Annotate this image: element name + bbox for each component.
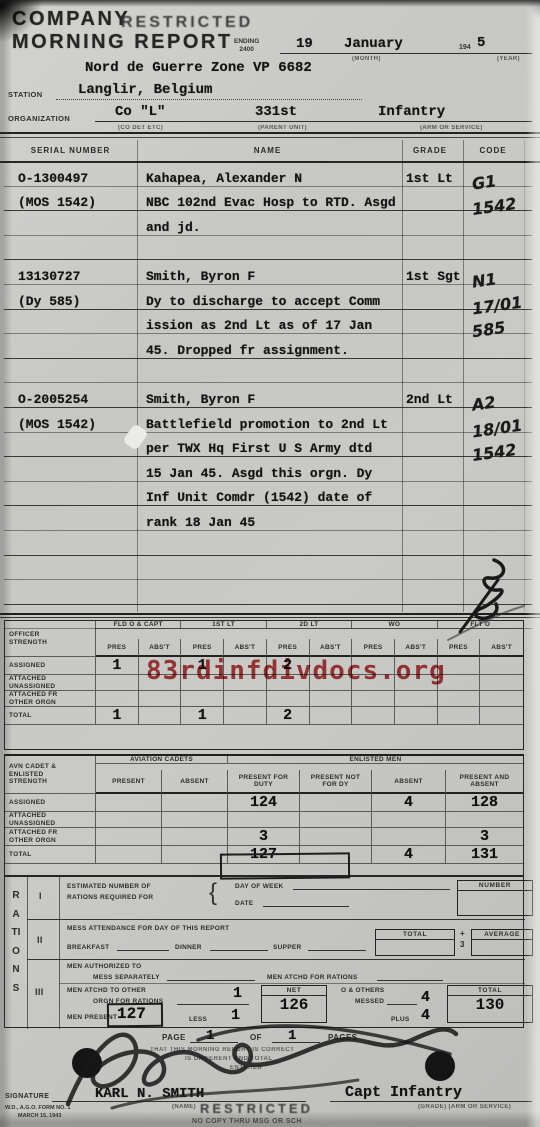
roster-name-cell: NBC 102nd Evac Hosp to RTD. Asgd <box>137 195 406 210</box>
roster-header-code: CODE <box>462 146 524 155</box>
breakfast-label: BREAKFAST <box>67 944 109 951</box>
number-box-label: NUMBER <box>458 881 532 891</box>
officer-value-cell: 1 <box>96 707 139 725</box>
date-underline <box>280 39 532 54</box>
officer-row-label: ASSIGNED <box>5 657 96 675</box>
roster-row <box>4 359 532 384</box>
enlisted-value-cell <box>162 812 228 828</box>
enlisted-col-absent2: ABSENT <box>372 770 446 794</box>
mess-attendance-label: MESS ATTENDANCE FOR DAY OF THIS REPORT <box>67 925 229 932</box>
officer-value-cell <box>139 707 182 725</box>
roster-divider-serial <box>137 140 138 612</box>
rations-numeral-2: II <box>37 935 43 945</box>
zone-line: Nord de Guerre Zone VP 6682 <box>85 60 312 76</box>
average-box-label: AVERAGE <box>472 930 532 940</box>
station-label: STATION <box>8 90 43 99</box>
officer-row-label: TOTAL <box>5 707 96 725</box>
officer-value-cell <box>96 675 139 691</box>
enlisted-value-cell <box>372 812 446 828</box>
enlisted-strength-row: ATTACHED FR OTHER ORGN 3 3 <box>5 828 523 846</box>
enlisted-value-cell: 3 <box>446 828 523 846</box>
officer-value-cell <box>480 675 523 691</box>
officer-value-cell <box>480 657 523 675</box>
enlisted-col-absent: ABSENT <box>162 770 228 794</box>
officer-value-cell <box>224 691 267 707</box>
rations-row-sep1 <box>27 919 525 920</box>
others-line1: O & OTHERS <box>341 987 384 994</box>
officer-sub-pres: PRES <box>352 639 395 657</box>
breakfast-underline <box>117 939 169 951</box>
roster-name-cell: Smith, Byron F <box>137 269 406 284</box>
roster-divider-code <box>463 140 464 612</box>
officer-row-label: ATTACHED FR OTHER ORGN <box>5 691 96 707</box>
no-copy-line: NO COPY THRU MSG OR SCH <box>192 1118 302 1125</box>
ending-label: ENDING <box>234 38 259 46</box>
officer-sub-abst: ABS'T <box>139 639 182 657</box>
atchd-for-rations-underline <box>377 969 443 981</box>
others-underline <box>387 993 417 1005</box>
roster-name-cell: 45. Dropped fr assignment. <box>137 343 406 358</box>
org-sublabel-service: (ARM OR SERVICE) <box>420 125 483 131</box>
enlisted-value-cell: 4 <box>372 846 446 864</box>
signature-scrawl <box>50 1008 470 1118</box>
enlisted-value-cell <box>96 828 162 846</box>
handwritten-code: G1 <box>471 171 498 193</box>
morning-report-document: COMPANY RESTRICTED MORNING REPORT ENDING… <box>0 0 540 1127</box>
roster-row: ission as 2nd Lt as of 17 Jan 585 <box>4 310 532 335</box>
officer-value-cell: 1 <box>96 657 139 675</box>
atchd-for-rations-label: MEN ATCHD FOR RATIONS <box>267 974 358 981</box>
officer-value-cell <box>395 691 438 707</box>
roster-grade-cell: 2nd Lt <box>406 392 470 407</box>
enlisted-value-cell <box>372 828 446 846</box>
mess-total-box: TOTAL <box>375 929 455 956</box>
roster-row: Inf Unit Comdr (1542) date of <box>4 482 532 507</box>
average-box: AVERAGE <box>471 929 533 956</box>
brace-glyph: { <box>209 879 217 907</box>
rations-light-sep <box>59 983 525 984</box>
divide-sign: + <box>460 929 465 938</box>
year-sublabel: (YEAR) <box>497 56 520 62</box>
header-divider-heavy <box>0 132 540 134</box>
officer-sub-abst: ABS'T <box>224 639 267 657</box>
roster-row: (Dy 585) Dy to discharge to accept Comm … <box>4 285 532 310</box>
roster-divider-right <box>524 140 525 612</box>
header-divider-light <box>0 137 540 138</box>
officer-value-cell <box>310 691 353 707</box>
officer-group-wo: WO <box>352 621 437 629</box>
mess-total-box-label: TOTAL <box>376 930 454 940</box>
officer-value-cell: 1 <box>181 707 224 725</box>
enlisted-value-cell <box>96 812 162 828</box>
rations-section: RATIONS I II III ESTIMATED NUMBER OF RAT… <box>4 876 524 1028</box>
organization-label: ORGANIZATION <box>8 114 70 123</box>
enlisted-row-label: ASSIGNED <box>5 794 96 812</box>
divide-num: 3 <box>460 940 465 949</box>
form-title-line2: MORNING REPORT <box>12 31 233 54</box>
roster-row: O-1300497 Kahapea, Alexander N 1st Lt G1 <box>4 162 532 187</box>
mess-separately-underline <box>167 969 255 981</box>
officer-value-cell <box>438 707 481 725</box>
day-of-week-underline <box>293 878 450 890</box>
roster-row: rank 18 Jan 45 <box>4 506 532 531</box>
roster-serial-cell: O-1300497 <box>4 171 137 186</box>
officer-value-cell <box>267 691 310 707</box>
roster-serial-cell: 13130727 <box>4 269 137 284</box>
enlisted-value-cell <box>96 794 162 812</box>
enlisted-value-cell: 128 <box>446 794 523 812</box>
officer-group-1stlt: 1ST LT <box>181 621 266 629</box>
officer-value-cell <box>480 707 523 725</box>
date-underline2 <box>263 895 349 907</box>
number-box: NUMBER <box>457 880 533 916</box>
officer-sub-pres: PRES <box>181 639 224 657</box>
rations-row-sep2 <box>27 959 525 960</box>
roster-divider-grade <box>402 140 403 612</box>
roster-name-cell: Dy to discharge to accept Comm <box>137 294 406 309</box>
roster-header-row: SERIAL NUMBER NAME GRADE CODE <box>4 146 524 155</box>
dinner-underline <box>210 939 268 951</box>
date-label: DATE <box>235 900 253 907</box>
roster-row: (MOS 1542) Battlefield promotion to 2nd … <box>4 408 532 433</box>
enlisted-value-cell: 131 <box>446 846 523 864</box>
estimated-rations-line1: ESTIMATED NUMBER OF <box>67 883 151 890</box>
officer-group-fldo: FLD O & CAPT <box>96 621 181 629</box>
others-value: 4 <box>421 989 430 1006</box>
officer-value-cell <box>139 691 182 707</box>
rations-numeral-1: I <box>39 891 42 901</box>
org-sublabel-parent: (PARENT UNIT) <box>258 125 307 131</box>
roster-row: O-2005254 Smith, Byron F 2nd Lt A2 <box>4 383 532 408</box>
officer-sub-pres: PRES <box>267 639 310 657</box>
officer-value-cell <box>352 691 395 707</box>
roster-row: (MOS 1542) NBC 102nd Evac Hosp to RTD. A… <box>4 187 532 212</box>
roster-grade-cell: 1st Sgt <box>406 269 470 284</box>
rations-vertical-label: RATIONS <box>10 887 22 998</box>
officer-value-cell <box>480 691 523 707</box>
enlisted-value-cell: 124 <box>228 794 300 812</box>
enlisted-value-cell <box>300 812 372 828</box>
enlisted-col-present-for-duty: PRESENT FOR DUTY <box>228 770 300 794</box>
roster-name-cell: 15 Jan 45. Asgd this orgn. Dy <box>137 466 406 481</box>
enlisted-value-cell <box>162 794 228 812</box>
rations-numeral-3: III <box>35 987 44 997</box>
enlisted-col-present: PRESENT <box>96 770 162 794</box>
officer-value-cell: 2 <box>267 707 310 725</box>
officer-sub-pres: PRES <box>96 639 139 657</box>
roster-serial-cell: (MOS 1542) <box>4 417 137 432</box>
enlisted-strength-row: ASSIGNED 124 4 128 <box>5 794 523 812</box>
pencil-mark <box>440 602 530 644</box>
officer-value-cell <box>181 691 224 707</box>
enlisted-value-cell <box>96 846 162 864</box>
enlisted-value-cell <box>300 828 372 846</box>
enlisted-value-cell <box>162 846 228 864</box>
enlisted-value-cell <box>446 812 523 828</box>
enlisted-row-label: ATTACHED UNASSIGNED <box>5 812 96 828</box>
org-sublabel-company: (CO DET ETC) <box>118 125 163 131</box>
roster-serial-cell: (Dy 585) <box>4 294 137 309</box>
roster-header-grade: GRADE <box>398 146 462 155</box>
officer-value-cell <box>352 707 395 725</box>
officer-value-cell <box>310 707 353 725</box>
enlisted-row-label: ATTACHED FR OTHER ORGN <box>5 828 96 846</box>
station-underline <box>56 85 362 100</box>
supper-underline <box>308 939 366 951</box>
roster-row: per TWX Hq First U S Army dtd 1542 <box>4 433 532 458</box>
enlisted-value-cell: 3 <box>228 828 300 846</box>
enlisted-col-present-and-absent: PRESENT AND ABSENT <box>446 770 523 794</box>
officer-value-cell <box>96 691 139 707</box>
restricted-stamp-top: RESTRICTED <box>121 14 253 32</box>
estimated-rations-line2: RATIONS REQUIRED FOR <box>67 894 153 901</box>
roster-row <box>4 236 532 261</box>
roster-row: 13130727 Smith, Byron F 1st Sgt N1 <box>4 260 532 285</box>
roster-serial-cell: O-2005254 <box>4 392 137 407</box>
roster-row: 15 Jan 45. Asgd this orgn. Dy <box>4 457 532 482</box>
supper-label: SUPPER <box>273 944 302 951</box>
officer-strength-row: ATTACHED FR OTHER ORGN <box>5 691 523 707</box>
enlisted-value-cell: 4 <box>372 794 446 812</box>
org-underline <box>95 107 532 122</box>
enlisted-value-cell <box>162 828 228 846</box>
hand-drawn-box <box>220 852 350 879</box>
net-box-label: NET <box>262 986 326 996</box>
rations-total-box-label: TOTAL <box>448 986 532 996</box>
signature-label: SIGNATURE <box>5 1093 49 1100</box>
roster-grade-cell: 1st Lt <box>406 171 470 186</box>
roster-name-cell: Smith, Byron F <box>137 392 406 407</box>
atchd-other-value: 1 <box>233 985 242 1002</box>
rations-divider1 <box>27 877 28 1029</box>
enlisted-group-enlisted: ENLISTED MEN <box>228 756 523 764</box>
handwritten-code: N1 <box>471 269 498 291</box>
roster-name-cell: Kahapea, Alexander N <box>137 171 406 186</box>
roster-name-cell: Battlefield promotion to 2nd Lt <box>137 417 406 432</box>
ending-time: 2400 <box>234 46 259 54</box>
enlisted-value-cell <box>300 794 372 812</box>
atchd-other-line1: MEN ATCHD TO OTHER <box>67 987 146 994</box>
officer-group-2dlt: 2D LT <box>267 621 352 629</box>
officer-value-cell <box>438 691 481 707</box>
roster-name-cell: per TWX Hq First U S Army dtd <box>137 441 406 456</box>
others-line2: MESSED <box>355 998 384 1005</box>
officer-sub-abst: ABS'T <box>310 639 353 657</box>
roster-header-name: NAME <box>137 146 398 155</box>
roster-row: 45. Dropped fr assignment. <box>4 334 532 359</box>
men-authorized-line2: MESS SEPARATELY <box>93 974 160 981</box>
roster-name-cell: rank 18 Jan 45 <box>137 515 406 530</box>
dinner-label: DINNER <box>175 944 202 951</box>
roster-row: and jd. <box>4 211 532 236</box>
officer-strength-row: TOTAL 1 1 2 <box>5 707 523 725</box>
enlisted-group-cadets: AVIATION CADETS <box>96 756 228 764</box>
enlisted-value-cell <box>228 812 300 828</box>
month-sublabel: (MONTH) <box>352 56 381 62</box>
men-authorized-line1: MEN AUTHORIZED TO <box>67 963 141 970</box>
enlisted-row-label: TOTAL <box>5 846 96 864</box>
rations-divider2 <box>59 877 60 1029</box>
roster-name-cell: ission as 2nd Lt as of 17 Jan <box>137 318 406 333</box>
enlisted-col-present-not-for-dy: PRESENT NOT FOR DY <box>300 770 372 794</box>
officer-sub-abst: ABS'T <box>395 639 438 657</box>
watermark-text: 83rdinfdivdocs.org <box>146 656 446 686</box>
enlisted-strength-row: ATTACHED UNASSIGNED <box>5 812 523 828</box>
officer-value-cell <box>395 707 438 725</box>
handwritten-code: A2 <box>471 392 497 414</box>
roster-name-cell: Inf Unit Comdr (1542) date of <box>137 490 406 505</box>
roster-name-cell: and jd. <box>137 220 406 235</box>
roster-header-serial: SERIAL NUMBER <box>4 146 137 155</box>
form-title-line1: COMPANY <box>12 8 130 31</box>
day-of-week-label: DAY OF WEEK <box>235 883 283 890</box>
officer-value-cell <box>224 707 267 725</box>
officer-row-label: ATTACHED UNASSIGNED <box>5 675 96 691</box>
roster-serial-cell: (MOS 1542) <box>4 195 137 210</box>
